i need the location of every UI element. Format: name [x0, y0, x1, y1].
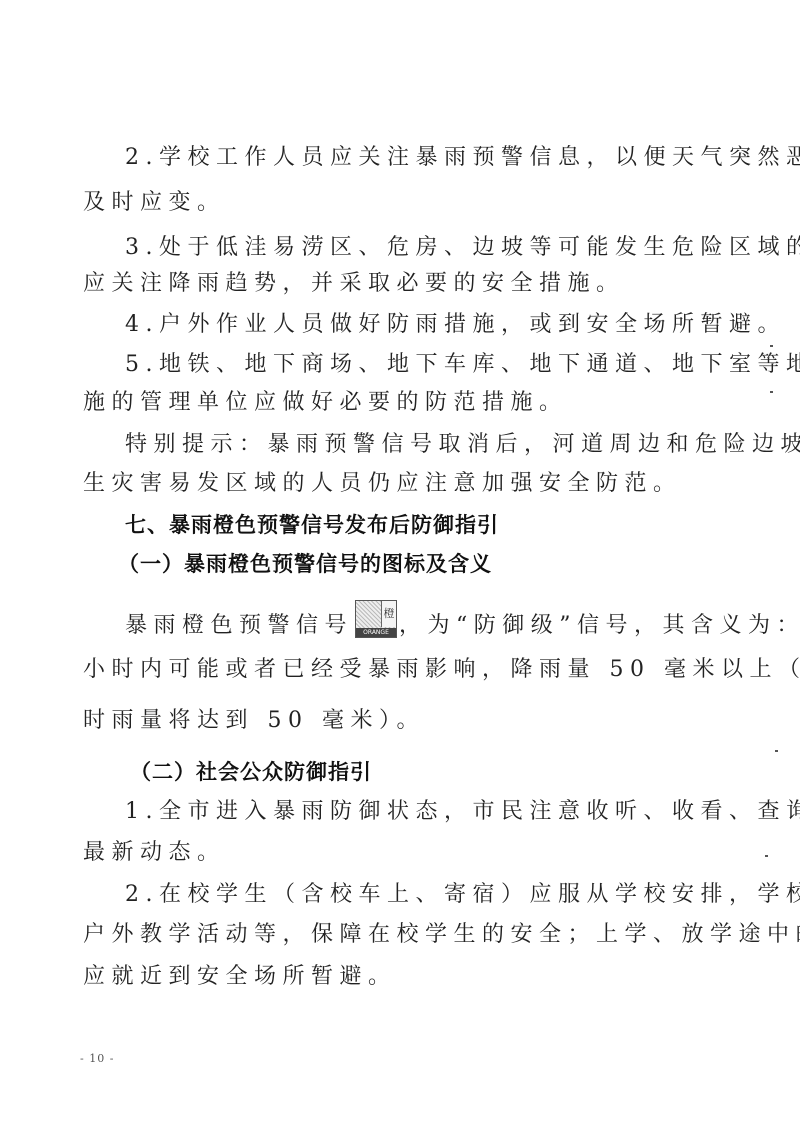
- scan-speck: [765, 855, 768, 857]
- paragraph-line: 特别提示：暴雨预警信号取消后，河道周边和危险边坡等次: [125, 430, 800, 460]
- subsection-heading: （一）暴雨橙色预警信号的图标及含义: [118, 549, 492, 579]
- subsection-heading: （二）社会公众防御指引: [130, 757, 372, 787]
- paragraph-line: 生灾害易发区域的人员仍应注意加强安全防范。: [83, 469, 682, 499]
- paragraph-line: 应就近到安全场所暂避。: [83, 962, 397, 992]
- scan-speck: [770, 345, 773, 347]
- scan-speck: [770, 391, 773, 393]
- paragraph-line: 小时内可能或者已经受暴雨影响，降雨量 50 毫米以上（或 1 小: [83, 655, 800, 685]
- paragraph-line: 施的管理单位应做好必要的防范措施。: [83, 388, 568, 418]
- icon-label: ORANGE: [356, 628, 396, 637]
- paragraph-line: 及时应变。: [83, 188, 226, 218]
- icon-char: 橙: [381, 601, 396, 627]
- paragraph-line: 2.在校学生（含校车上、寄宿）应服从学校安排，学校暂停: [125, 880, 800, 910]
- paragraph-line: 最新动态。: [83, 838, 226, 868]
- scan-speck: [775, 750, 778, 752]
- paragraph-line: 1.全市进入暴雨防御状态，市民注意收听、收看、查询暴雨: [125, 797, 800, 827]
- paragraph-line: 户外教学活动等，保障在校学生的安全；上学、放学途中的学生: [83, 920, 800, 950]
- paragraph-line: 3.处于低洼易涝区、危房、边坡等可能发生危险区域的人员，: [125, 233, 800, 263]
- paragraph-line: 应关注降雨趋势，并采取必要的安全措施。: [83, 269, 625, 299]
- paragraph-line: 2.学校工作人员应关注暴雨预警信息，以便天气突然恶化时: [125, 143, 800, 173]
- rainstorm-orange-warning-icon: 橙ORANGE: [355, 600, 397, 638]
- text-after-icon: ，为“防御级”信号，其含义为：3: [399, 613, 800, 638]
- text-before-icon: 暴雨橙色预警信号: [125, 613, 353, 638]
- paragraph-line-with-icon: 暴雨橙色预警信号橙ORANGE，为“防御级”信号，其含义为：3: [125, 600, 800, 641]
- paragraph-line: 5.地铁、地下商场、地下车库、地下通道、地下室等地下设: [125, 350, 800, 380]
- page-number: - 10 -: [80, 1052, 114, 1065]
- paragraph-line: 4.户外作业人员做好防雨措施，或到安全场所暂避。: [125, 310, 786, 340]
- section-heading: 七、暴雨橙色预警信号发布后防御指引: [125, 510, 499, 540]
- paragraph-line: 时雨量将达到 50 毫米）。: [83, 706, 425, 736]
